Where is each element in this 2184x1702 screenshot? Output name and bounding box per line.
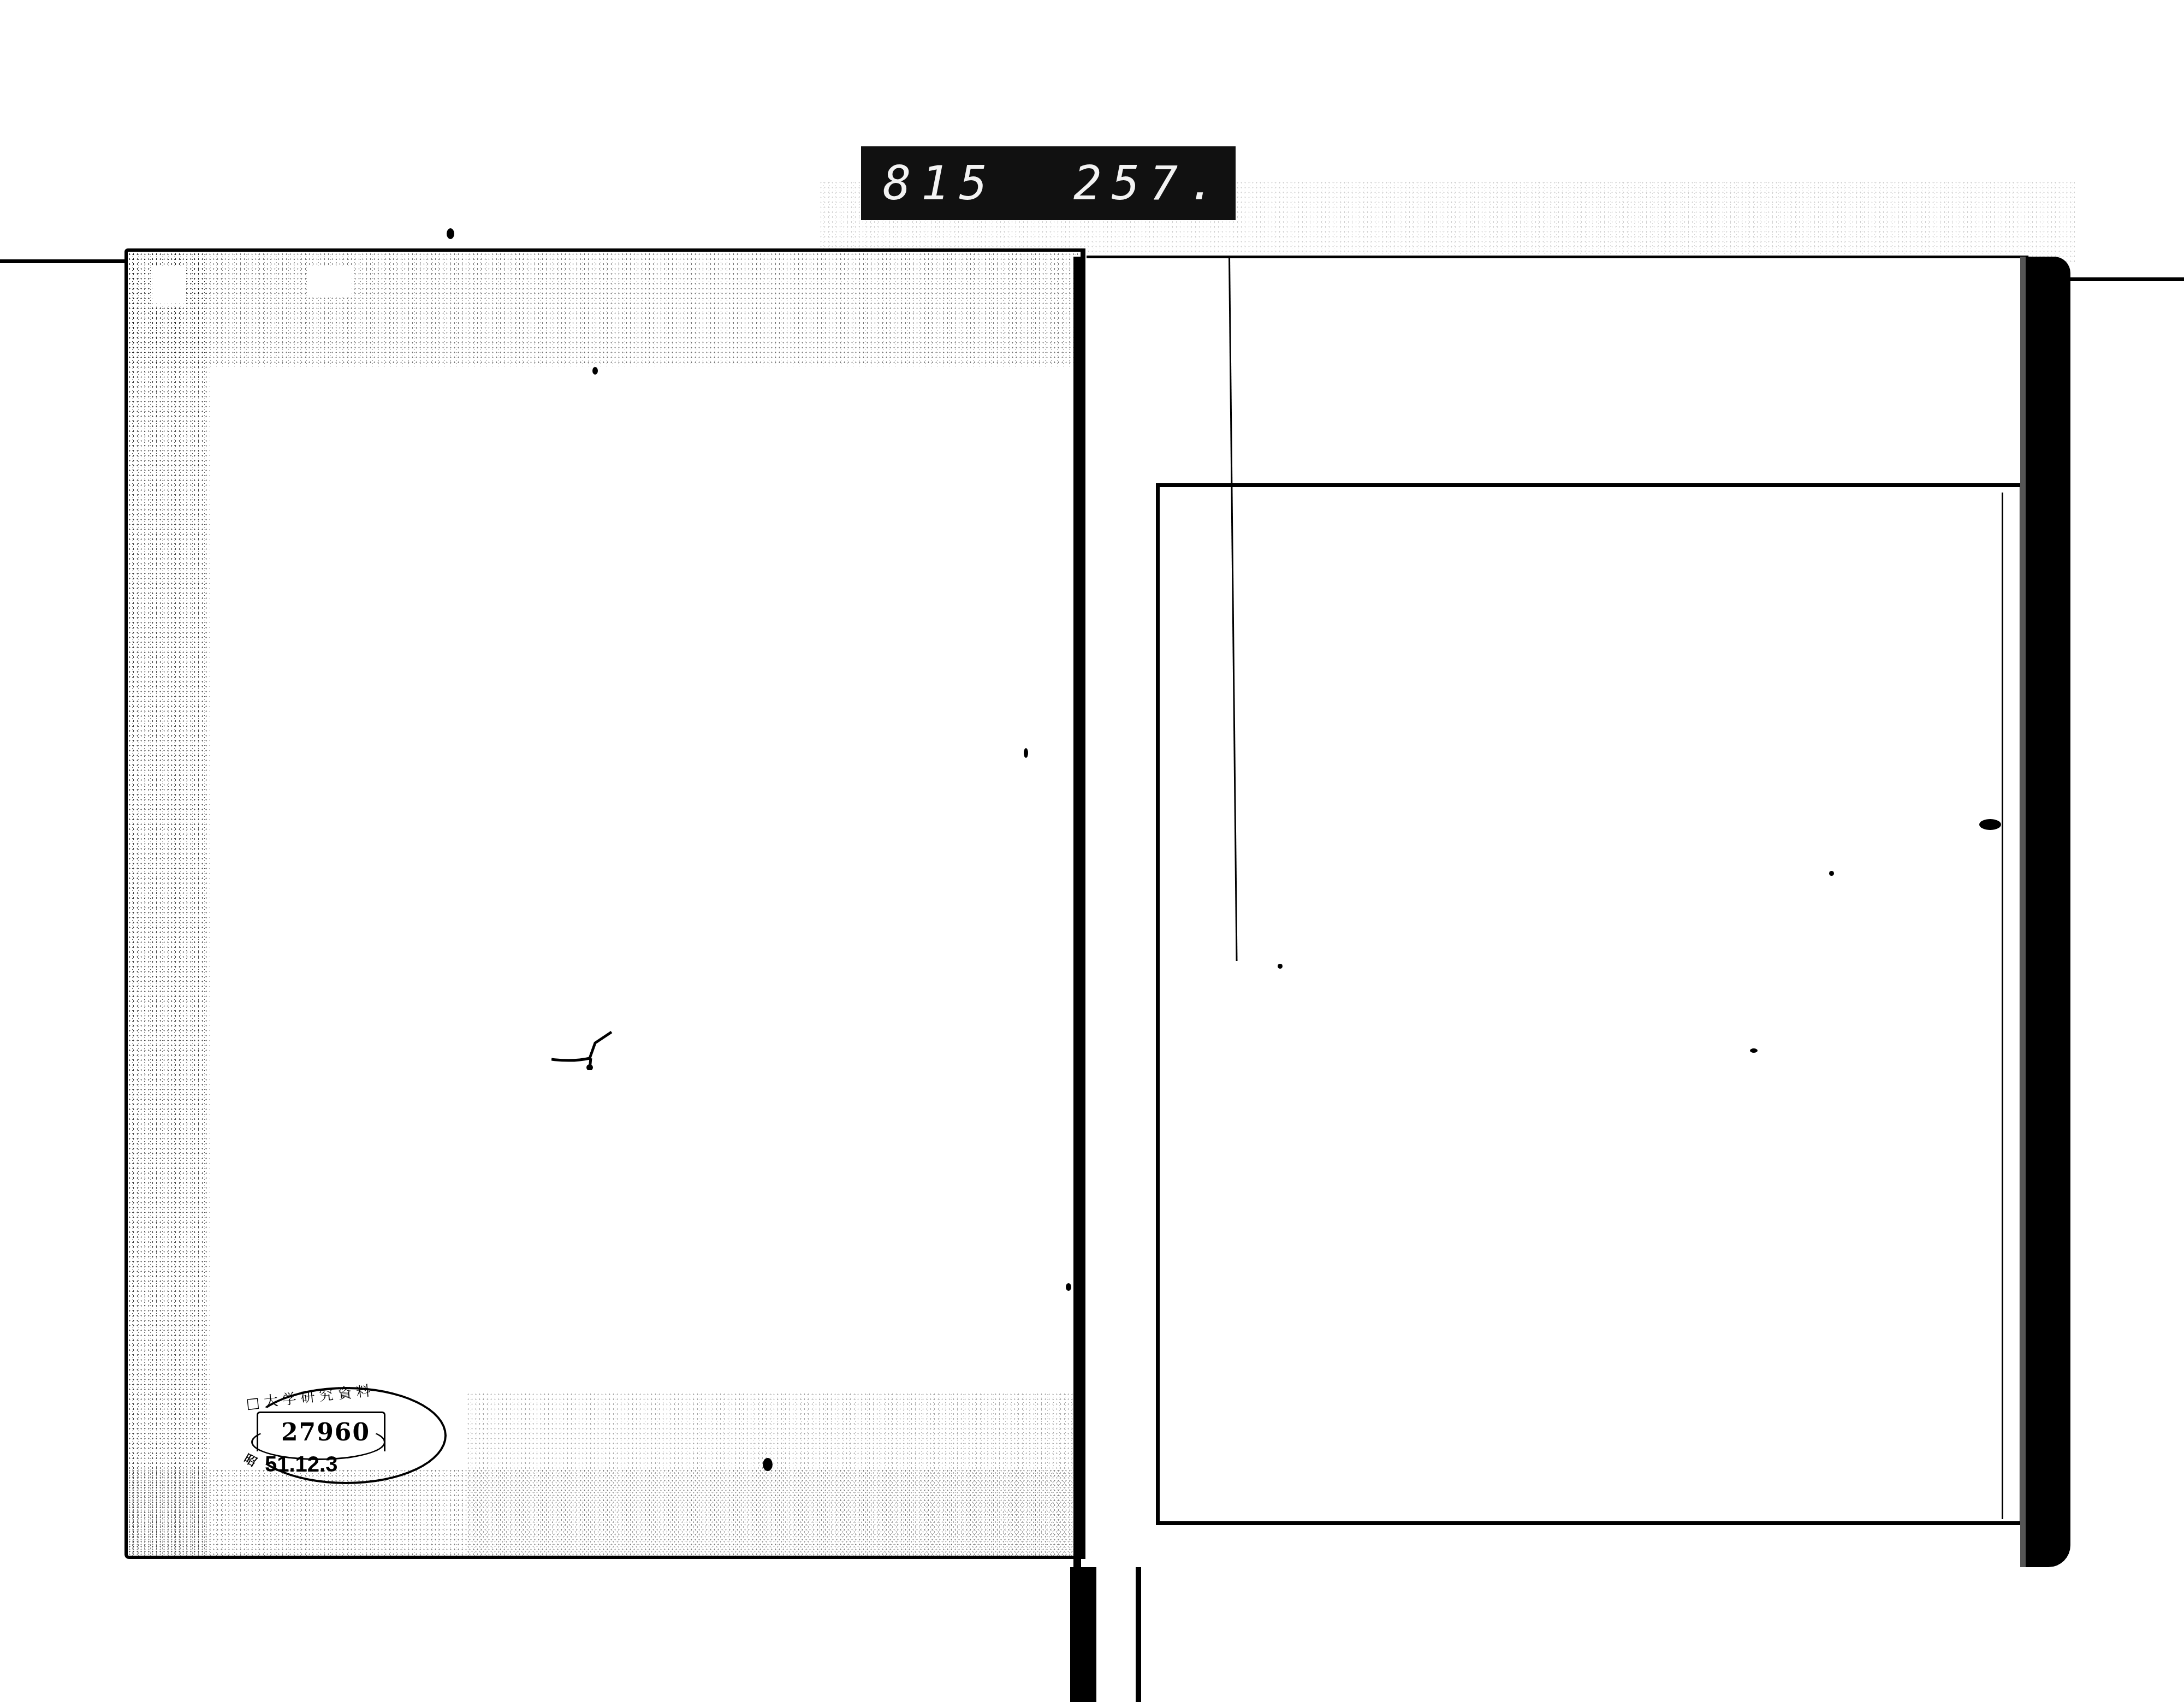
discoloration-top bbox=[128, 252, 1081, 366]
right-cover-edge bbox=[2026, 257, 2070, 1567]
speck bbox=[1024, 748, 1028, 758]
frame-number: 257. bbox=[1073, 156, 1226, 211]
speck bbox=[1979, 819, 2001, 830]
frame-counter-label: 815 257. bbox=[861, 146, 1236, 220]
stamp-date: 51.12.3 bbox=[265, 1452, 337, 1477]
speck bbox=[1278, 964, 1283, 969]
speck bbox=[763, 1458, 773, 1471]
flyleaf-inner-frame bbox=[1156, 483, 2021, 1525]
ink-mark bbox=[551, 1021, 617, 1070]
paper-tear-1 bbox=[152, 265, 185, 304]
left-page-inner-cover bbox=[124, 248, 1085, 1559]
speck bbox=[1750, 1048, 1758, 1053]
library-accession-stamp: □大学研究資料 27960 昭 51.12.3 bbox=[235, 1381, 442, 1480]
spine-bottom-edge bbox=[1136, 1567, 1141, 1702]
page-stack-edge bbox=[2020, 257, 2026, 1567]
speck bbox=[592, 367, 598, 375]
speck bbox=[447, 228, 454, 239]
discoloration-left bbox=[128, 252, 210, 1556]
reel-number: 815 bbox=[883, 156, 997, 211]
scanner-rule-right bbox=[2069, 277, 2184, 281]
stamp-accession-number: 27960 bbox=[281, 1419, 370, 1446]
paper-tear-2 bbox=[308, 265, 352, 295]
scanner-rule-left bbox=[0, 259, 126, 263]
inner-frame-rule bbox=[2002, 493, 2003, 1519]
speck bbox=[1829, 871, 1834, 876]
speck bbox=[1066, 1283, 1071, 1291]
discoloration-bottom-right bbox=[466, 1392, 1083, 1556]
spine-bottom bbox=[1070, 1567, 1096, 1702]
book-gutter bbox=[1073, 257, 1081, 1578]
